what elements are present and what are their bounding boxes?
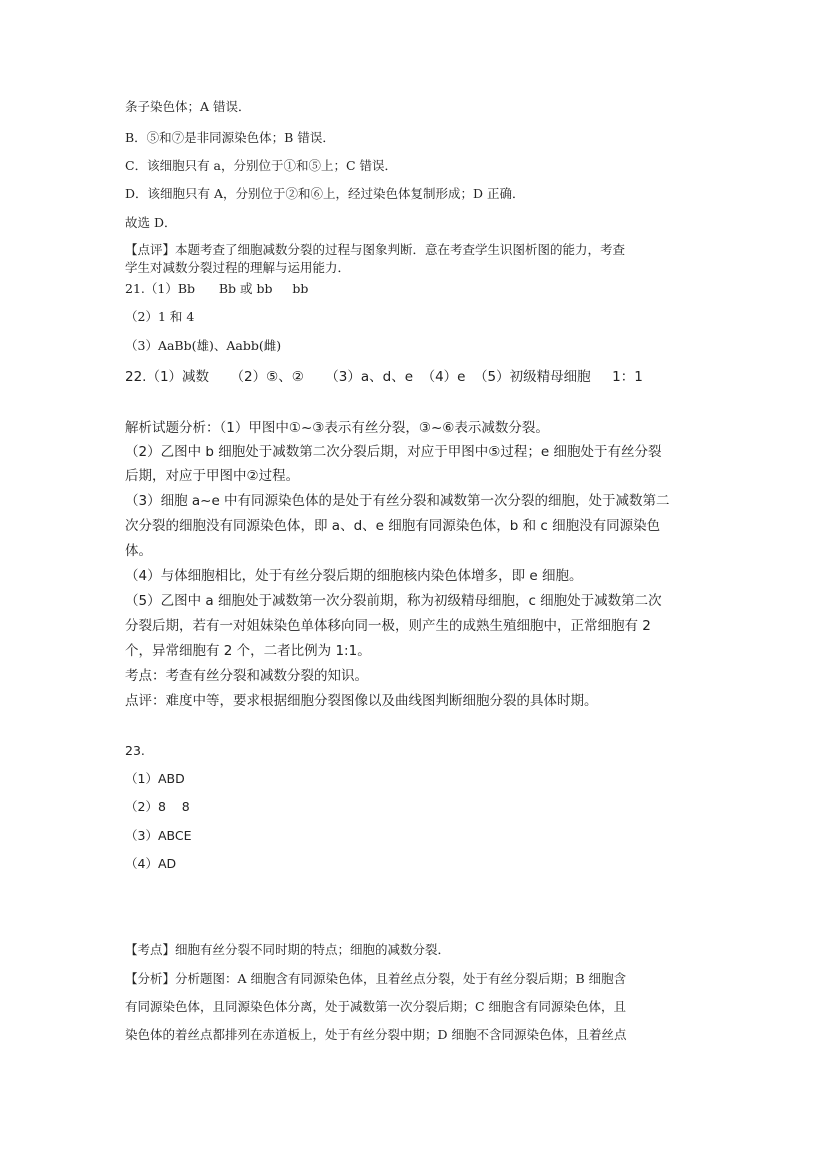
text-comment-2: 学生对减数分裂过程的理解与运用能力． (125, 262, 350, 275)
q23-analysis-line: 有同源染色体，且同源染色体分离，处于减数第一次分裂后期；C 细胞含有同源染色体，… (125, 1001, 626, 1014)
q23-answer: （3）ABCE (125, 830, 192, 843)
q22-analysis-line: 解析试题分析：（1）甲图中①~③表示有丝分裂，③~⑥表示减数分裂。 (125, 422, 549, 436)
text-choice: 故选 D． (125, 217, 177, 230)
q23-analysis-line: 【分析】分析题图：A 细胞含有同源染色体，且着丝点分裂，处于有丝分裂后期；B 细… (125, 973, 626, 986)
q21-answer-3: （3）AaBb(雄)、Aabb(雌) (125, 340, 281, 353)
q21-answer-2: （2）1 和 4 (125, 311, 194, 324)
text-line-b-wrong: B．⑤和⑦是非同源染色体；B 错误． (125, 132, 335, 145)
q23-answer: （1）ABD (125, 773, 185, 786)
text-line-a-wrong: 条子染色体；A 错误． (125, 101, 251, 114)
q23-number: 23. (125, 745, 145, 758)
q22-analysis-line: （3）细胞 a~e 中有同源染色体的是处于有丝分裂和减数第一次分裂的细胞，处于减… (125, 495, 670, 509)
q22-analysis-line: 分裂后期，若有一对姐妹染色单体移向同一极，则产生的成熟生殖细胞中，正常细胞有 2 (125, 620, 651, 634)
q22-analysis-line: 次分裂的细胞没有同源染色体，即 a、d、e 细胞有同源染色体，b 和 c 细胞没… (125, 520, 660, 534)
q22-kaodian: 考点：考查有丝分裂和减数分裂的知识。 (125, 670, 368, 684)
q22-analysis-line: （4）与体细胞相比，处于有丝分裂后期的细胞核内染色体增多，即 e 细胞。 (125, 570, 582, 584)
q22-analysis-line: 后期，对应于甲图中②过程。 (125, 470, 299, 484)
q22-analysis-line: 体。 (125, 545, 152, 559)
q22-analysis-line: 个，异常细胞有 2 个，二者比例为 1:1。 (125, 645, 371, 659)
text-comment-1: 【点评】本题考查了细胞减数分裂的过程与图象判断．意在考查学生识图析图的能力，考查 (125, 244, 625, 257)
q22-dianping: 点评：难度中等，要求根据细胞分裂图像以及曲线图判断细胞分裂的具体时期。 (125, 695, 598, 709)
q23-answer: （4）AD (125, 858, 176, 871)
text-line-c-wrong: C．该细胞只有 a，分别位于①和⑤上；C 错误． (125, 160, 397, 173)
q23-answer: （2）8 8 (125, 801, 190, 814)
q21-answer-1: 21.（1）Bb Bb 或 bb bb (125, 283, 308, 296)
q22-analysis-line: （2）乙图中 b 细胞处于减数第二次分裂后期，对应于甲图中⑤过程；e 细胞处于有… (125, 446, 661, 460)
text-line-d-correct: D．该细胞只有 A，分别位于②和⑥上，经过染色体复制形成；D 正确． (125, 188, 525, 201)
q22-answer: 22.（1）减数 （2）⑤、② （3）a、d、e （4）e （5）初级精母细胞 … (125, 371, 643, 385)
q22-analysis-line: （5）乙图中 a 细胞处于减数第一次分裂前期，称为初级精母细胞，c 细胞处于减数… (125, 595, 662, 609)
q23-analysis-line: 染色体的着丝点都排列在赤道板上，处于有丝分裂中期；D 细胞不含同源染色体，且着丝… (125, 1029, 627, 1042)
q23-kaodian: 【考点】细胞有丝分裂不同时期的特点；细胞的减数分裂． (125, 944, 450, 957)
